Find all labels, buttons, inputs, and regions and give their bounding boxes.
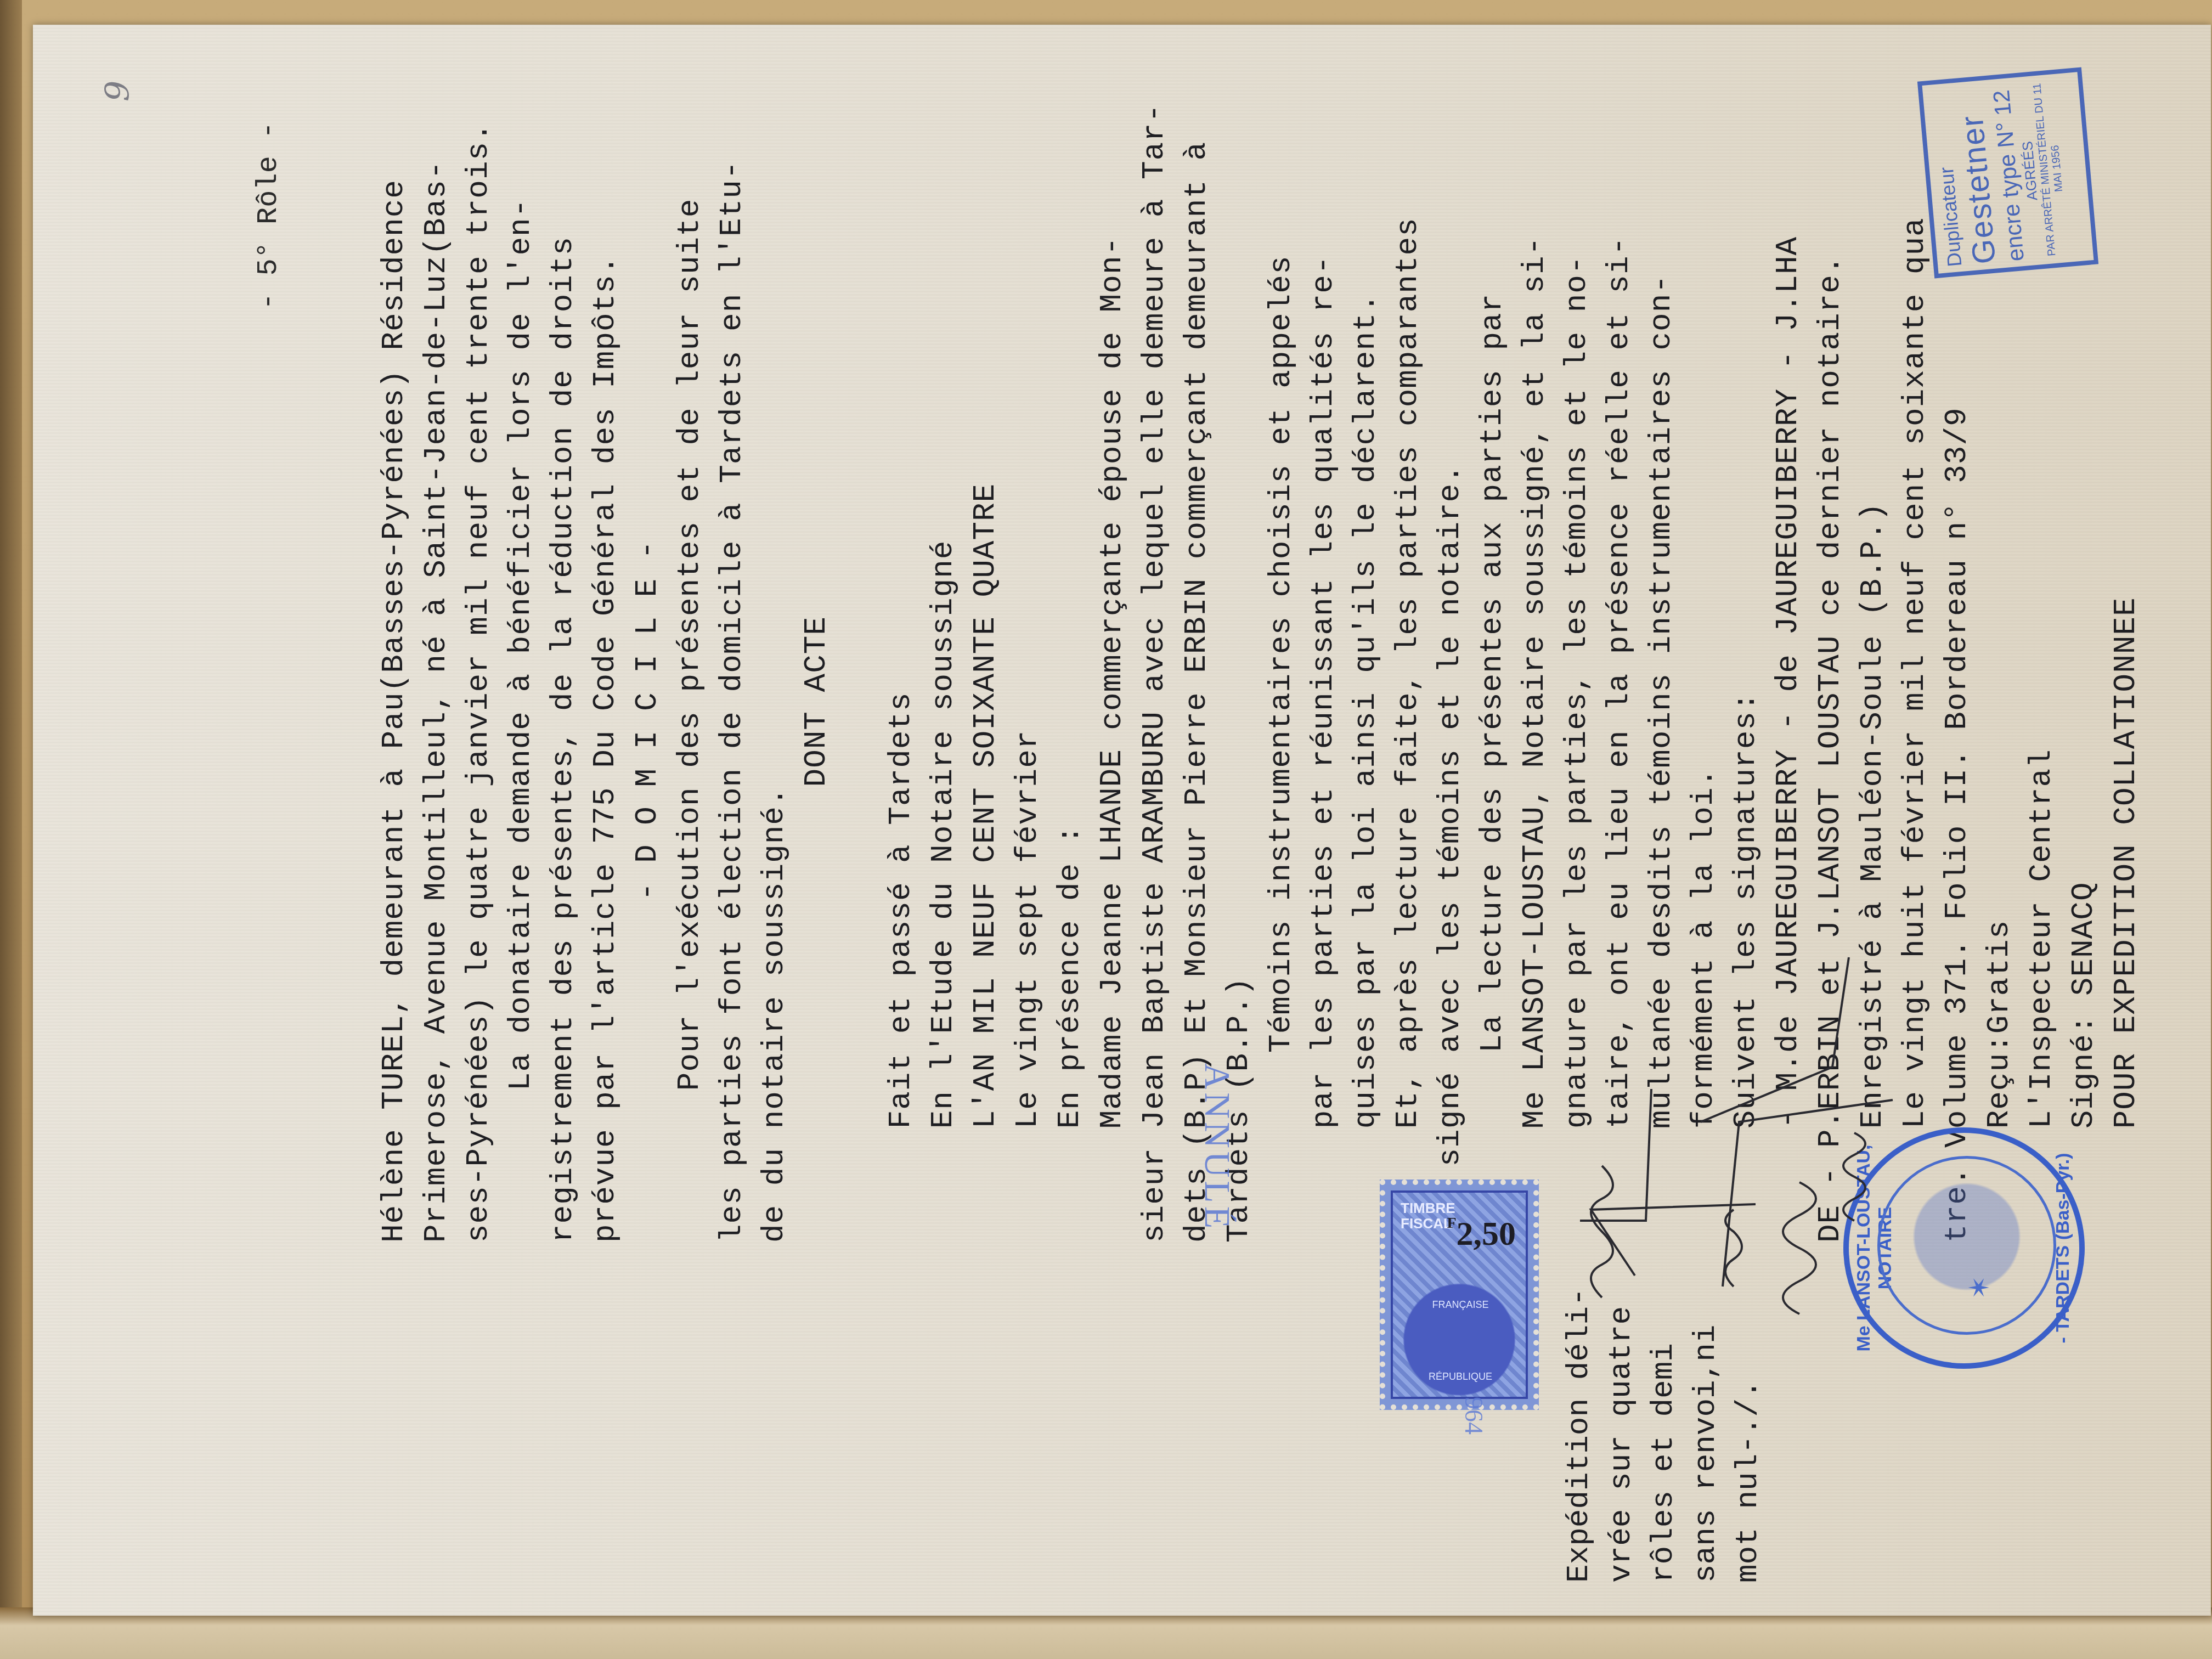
fiscal-stamp-value: F2,50 <box>1447 1215 1516 1254</box>
document-line: ont signé avec les témoins et le notaire… <box>1429 91 1471 1243</box>
document-line: Primerose, Avenue Montilleul, né à Saint… <box>415 91 458 1243</box>
cancellation-mark: ANNULÉ <box>1196 1063 1238 1232</box>
document-line: sieur Jean Baptiste ARAMBURU avec lequel… <box>1133 91 1176 1243</box>
handwritten-page-number: 9 <box>99 81 137 101</box>
document-line: Fait et passé à Tardets <box>880 91 922 1243</box>
marianne-profile-icon <box>1397 1311 1523 1371</box>
document-line: L'AN MIL NEUF CENT SOIXANTE QUATRE <box>964 91 1007 1243</box>
document-page: 9 - 5° Rôle - Hélène TUREL, demeurant à … <box>33 25 2211 1616</box>
role-header: - 5° Rôle - <box>252 122 285 310</box>
star-icon: ✶ <box>1959 1278 1999 1297</box>
marianne-medallion: FRANÇAISE RÉPUBLIQUE <box>1397 1299 1523 1392</box>
fiscal-title-line2: FISCAL <box>1401 1215 1452 1232</box>
document-line: En présence de : <box>1049 91 1091 1243</box>
medallion-top-text: FRANÇAISE <box>1397 1299 1523 1311</box>
document-page-wrapper: 9 - 5° Rôle - Hélène TUREL, demeurant à … <box>33 25 2211 1616</box>
gestetner-approval-stamp: Duplicateur Gestetner encre type N° 12 A… <box>1917 67 2098 279</box>
document-line: registrement des présentes, de la réduct… <box>542 91 584 1243</box>
document-line: Madame Jeanne LHANDE commerçante épouse … <box>1091 91 1133 1243</box>
medallion-bottom-text: RÉPUBLIQUE <box>1397 1371 1523 1383</box>
document-line: taire, ont eu lieu en la présence réelle… <box>1598 91 1640 1243</box>
cancellation-year: 964 <box>1459 1397 1488 1435</box>
fiscal-stamp: TIMBRE FISCAL F2,50 FRANÇAISE RÉPUBLIQUE <box>1380 1180 1539 1410</box>
document-line: quises par la loi ainsi qu'ils le déclar… <box>1345 91 1387 1243</box>
fiscal-value: 2,50 <box>1457 1215 1516 1252</box>
seal-bottom-text: - TARDETS (Bas-Pyr.) <box>2052 1133 2074 1363</box>
document-line: prévue par l'article 775 Du Code Général… <box>584 91 627 1243</box>
document-line: La donataire demande à bénéficier lors d… <box>500 91 542 1243</box>
document-line: ses-Pyrénées) le quatre janvier mil neuf… <box>458 91 500 1243</box>
document-line: Témoins instrumentaires choisis et appel… <box>1260 91 1302 1243</box>
binder-left-edge <box>0 0 22 1659</box>
document-line: gnature par les parties, les témoins et … <box>1556 91 1598 1243</box>
document-line: de du notaire soussigné. <box>753 91 795 1243</box>
fiscal-stamp-design: TIMBRE FISCAL F2,50 FRANÇAISE RÉPUBLIQUE <box>1391 1190 1528 1399</box>
document-line: - D O M I C I L E - <box>627 91 669 1243</box>
document-line <box>838 91 880 1243</box>
fiscal-title-line1: TIMBRE <box>1401 1200 1455 1216</box>
document-line: Pour l'exécution des présentes et de leu… <box>669 91 711 1243</box>
document-line: La lecture des présentes aux parties par <box>1471 91 1514 1243</box>
document-line: Me LANSOT-LOUSTAU, Notaire soussigné, et… <box>1514 91 1556 1243</box>
document-line: par les parties et réunissant les qualit… <box>1302 91 1345 1243</box>
document-line: les parties font élection de domicile à … <box>711 91 753 1243</box>
document-line: DONT ACTE <box>795 91 838 1243</box>
fiscal-currency: F <box>1447 1215 1456 1232</box>
signature-main <box>1690 946 1923 1330</box>
document-line: Le vingt sept février <box>1007 91 1049 1243</box>
document-line: En l'Etude du Notaire soussigné <box>922 91 964 1243</box>
document-line: multanée desdits témoins instrumentaires… <box>1640 91 1683 1243</box>
document-line: Et, après lecture faite, les parties com… <box>1387 91 1429 1243</box>
document-line: POUR EXPEDITION COLLATIONNEE <box>2105 91 2147 1243</box>
document-line: Hélène TUREL, demeurant à Pau(Basses-Pyr… <box>373 91 415 1243</box>
